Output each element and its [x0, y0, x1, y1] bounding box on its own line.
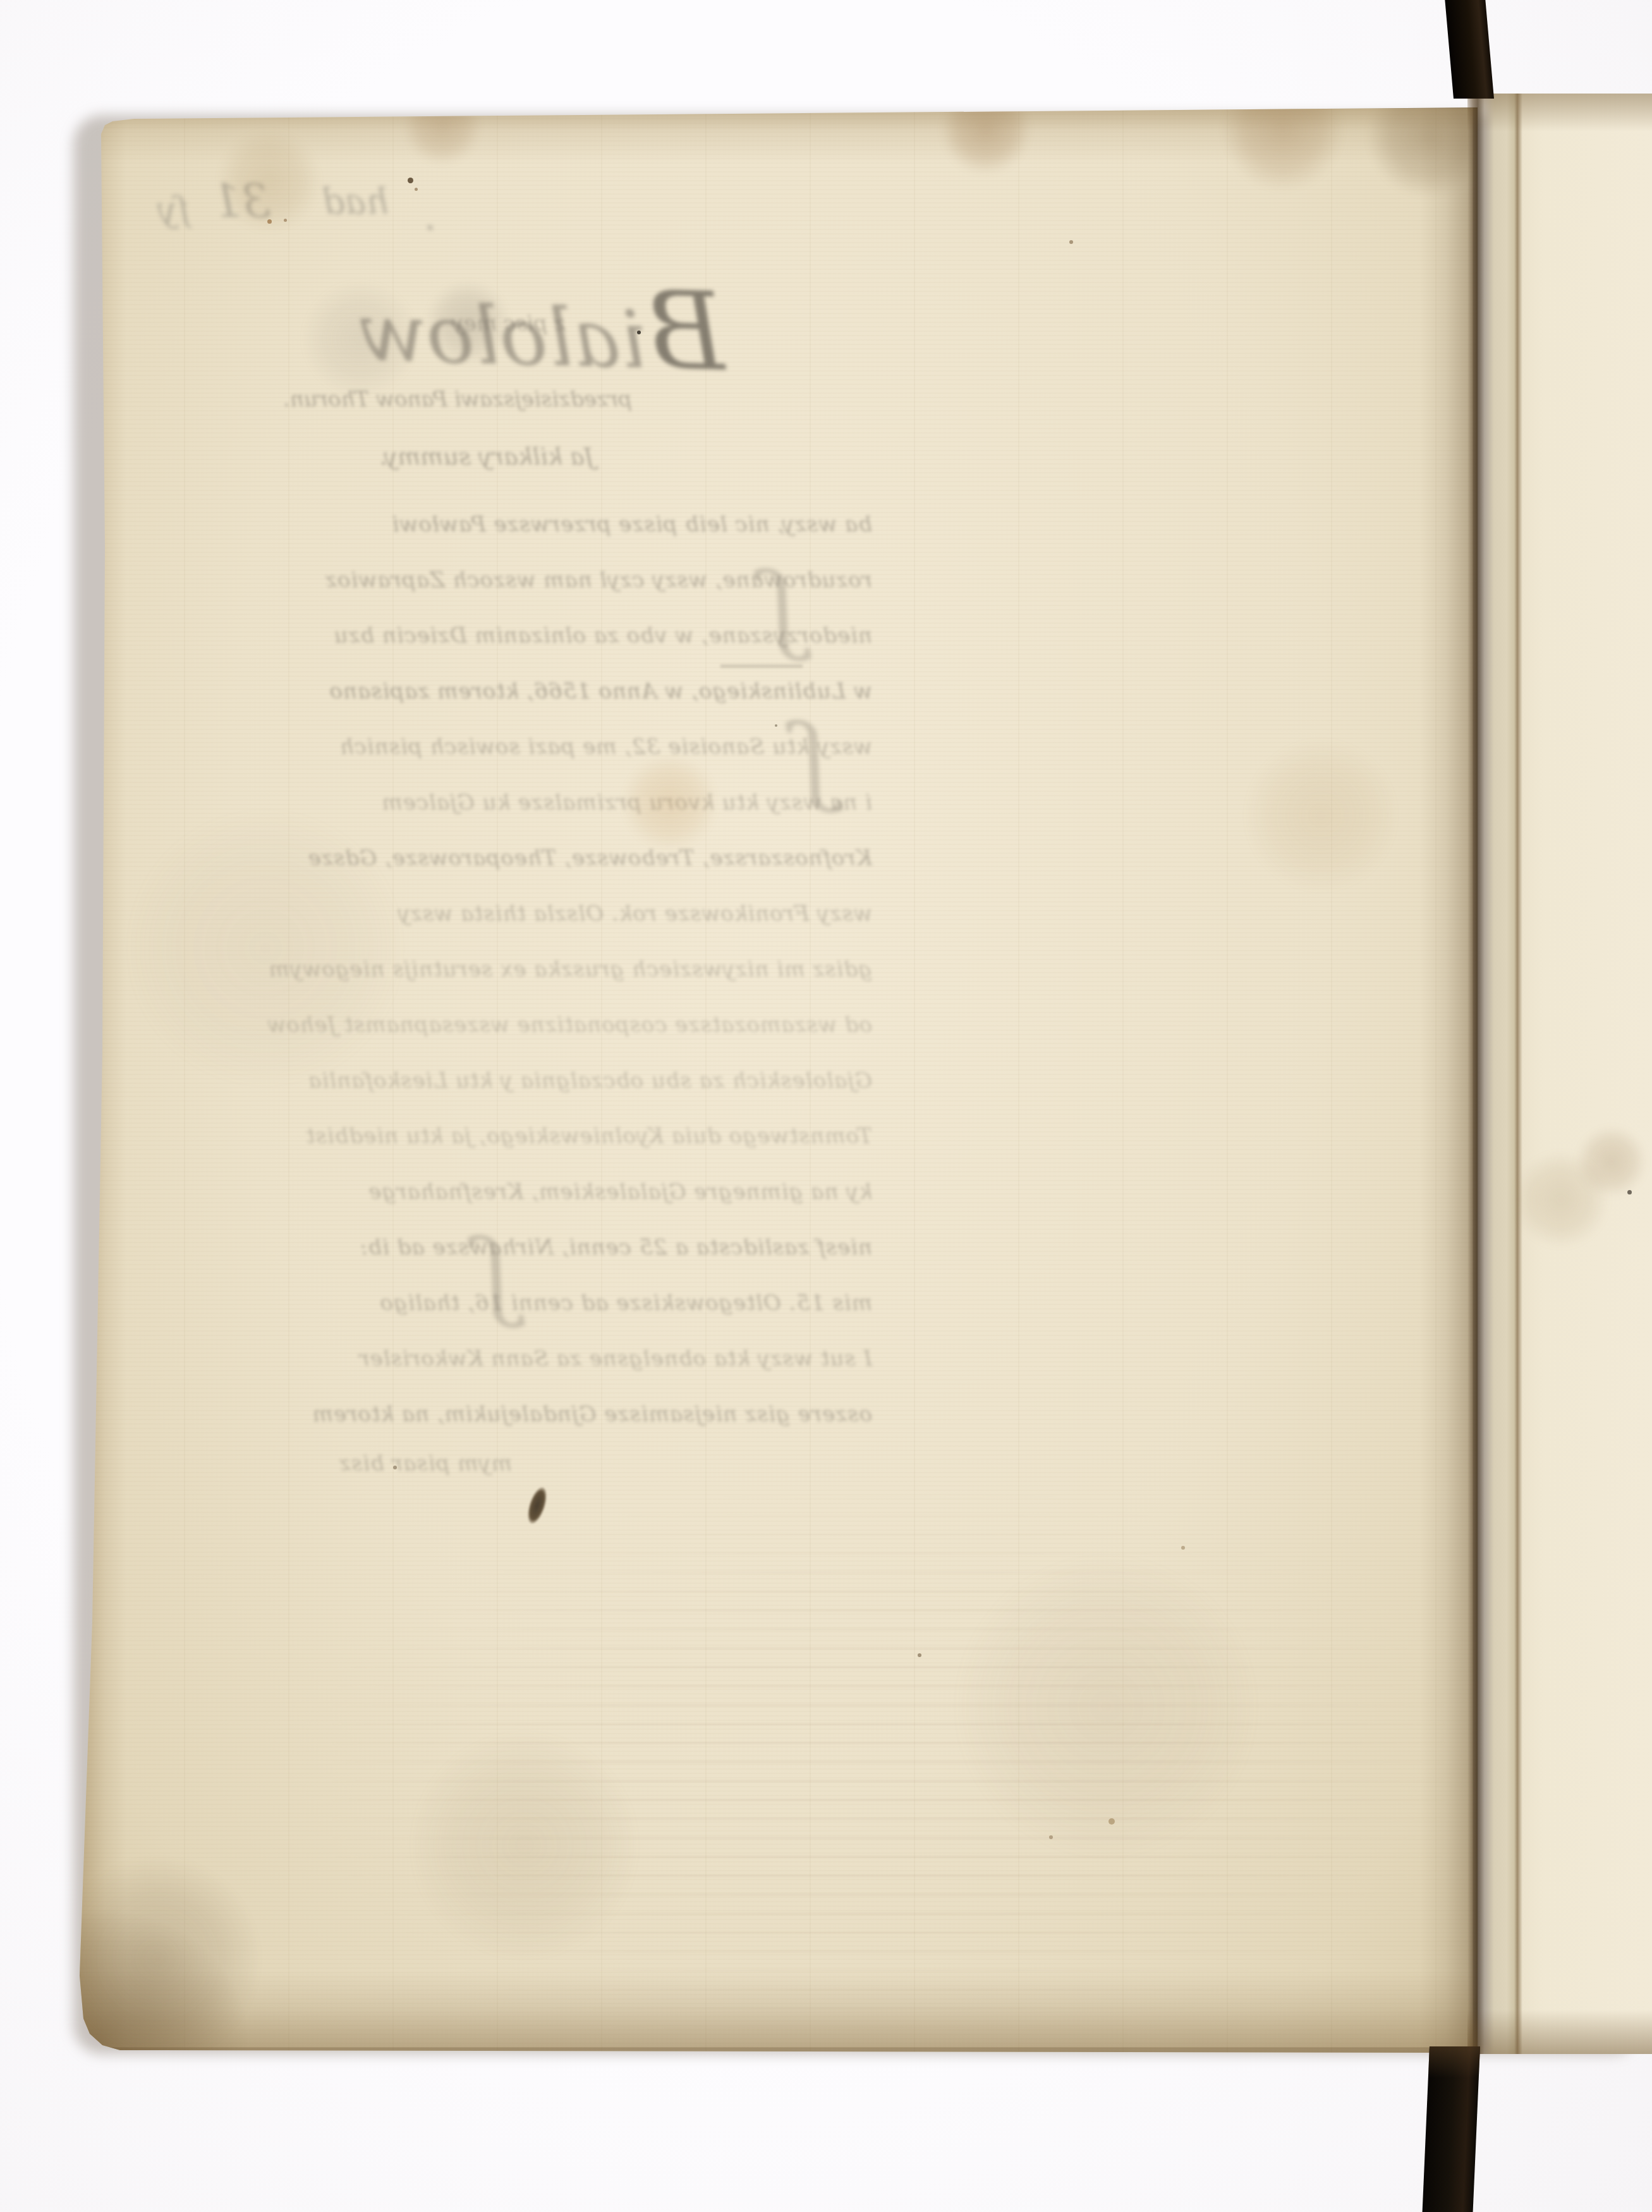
speck [408, 178, 413, 183]
speck [284, 219, 287, 222]
speck [775, 724, 777, 727]
speck [918, 1653, 921, 1657]
facing-page-stains [1467, 94, 1652, 2054]
speck [1627, 1190, 1632, 1194]
speck [637, 331, 641, 334]
speck [415, 188, 418, 191]
speck [393, 1466, 397, 1469]
speck [1108, 1818, 1115, 1825]
manuscript-scan: Bialolow z pisc mey przedzisiejszawi Pan… [0, 0, 1652, 2212]
binding-strap-bottom [1422, 2046, 1480, 2212]
speck [1181, 1546, 1185, 1550]
speck [267, 219, 272, 224]
speck-layer [80, 105, 1478, 2053]
speck [1049, 1835, 1053, 1839]
binding-strap-top [1445, 0, 1494, 99]
manuscript-page: Bialolow z pisc mey przedzisiejszawi Pan… [80, 105, 1478, 2053]
stain [1577, 1127, 1646, 1196]
facing-page-edge [1467, 94, 1652, 2054]
speck [1069, 240, 1073, 244]
